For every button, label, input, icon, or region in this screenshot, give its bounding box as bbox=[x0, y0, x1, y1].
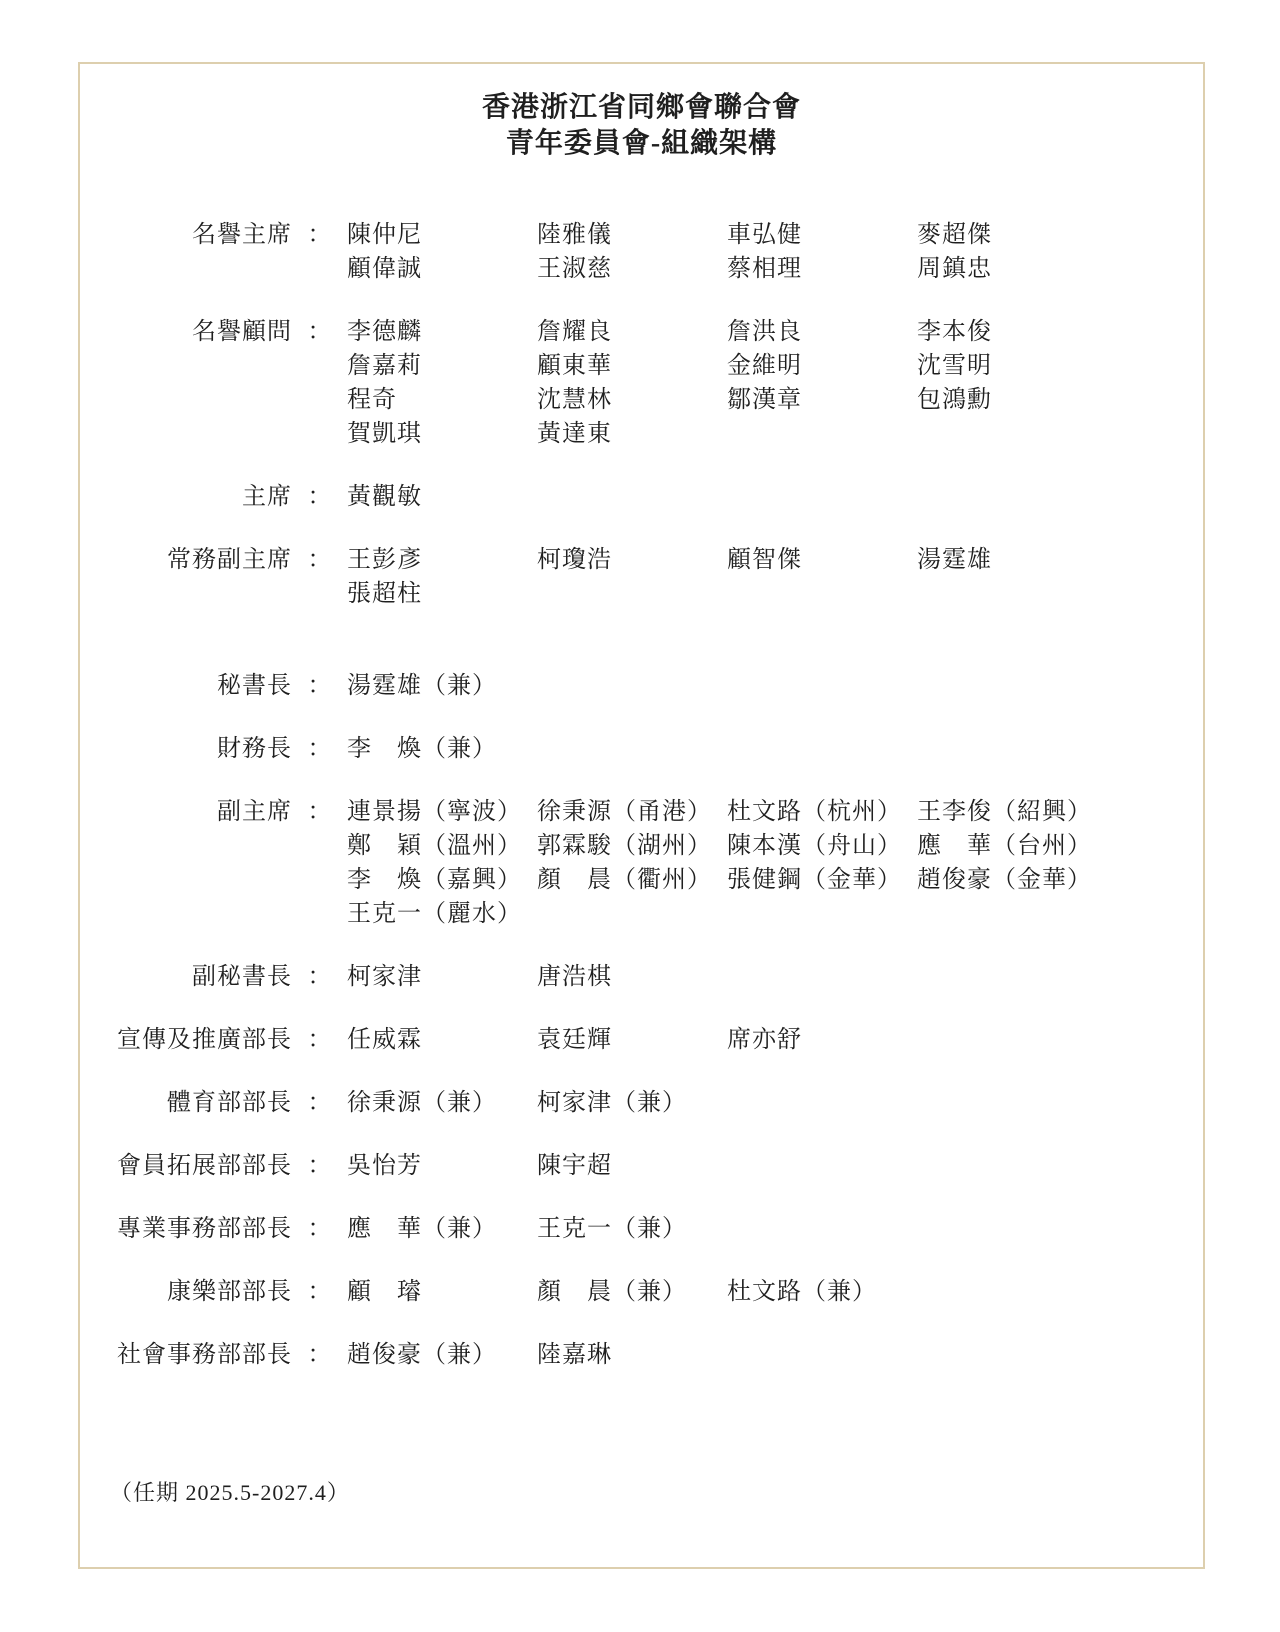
member-name: 王李俊（紹興） bbox=[917, 795, 1107, 829]
org-row: 會員拓展部部長：吳怡芳陳宇超 bbox=[80, 1149, 1203, 1183]
page-border: 香港浙江省同鄉會聯合會 青年委員會-組織架構 名譽主席：陳仲尼陸雅儀車弘健麥超傑… bbox=[78, 62, 1205, 1569]
name-lines: 黃觀敏 bbox=[347, 480, 1203, 514]
member-name: 連景揚（寧波） bbox=[347, 795, 537, 829]
member-name: 黃達東 bbox=[537, 417, 727, 451]
name-lines: 任威霖袁廷輝席亦舒 bbox=[347, 1023, 1203, 1057]
name-line: 王彭彥柯瓊浩顧智傑湯霆雄 bbox=[347, 543, 1203, 577]
name-line: 賀凱琪黃達東 bbox=[347, 417, 1203, 451]
name-line: 顧偉誠王淑慈蔡相理周鎮忠 bbox=[347, 252, 1203, 286]
role-label: 名譽顧問 bbox=[80, 315, 292, 451]
member-name: 包鴻勳 bbox=[917, 383, 1107, 417]
member-name: 王彭彥 bbox=[347, 543, 537, 577]
member-name: 周鎮忠 bbox=[917, 252, 1107, 286]
member-name: 李本俊 bbox=[917, 315, 1107, 349]
name-lines: 顧 璿顏 晨（兼）杜文路（兼） bbox=[347, 1275, 1203, 1309]
member-name: 吳怡芳 bbox=[347, 1149, 537, 1183]
member-name: 黃觀敏 bbox=[347, 480, 537, 514]
member-name: 柯家津（兼） bbox=[537, 1086, 727, 1120]
role-label: 社會事務部部長 bbox=[80, 1338, 292, 1372]
document-content: 香港浙江省同鄉會聯合會 青年委員會-組織架構 名譽主席：陳仲尼陸雅儀車弘健麥超傑… bbox=[80, 64, 1203, 1567]
member-name: 李德麟 bbox=[347, 315, 537, 349]
member-name: 郭霖駿（湖州） bbox=[537, 829, 727, 863]
member-name: 鄒漢章 bbox=[727, 383, 917, 417]
member-name: 車弘健 bbox=[727, 218, 917, 252]
name-line: 程奇沈慧林鄒漢章包鴻勳 bbox=[347, 383, 1203, 417]
member-name: 顧偉誠 bbox=[347, 252, 537, 286]
member-name: 任威霖 bbox=[347, 1023, 537, 1057]
name-lines: 趙俊豪（兼）陸嘉琳 bbox=[347, 1338, 1203, 1372]
member-name: 趙俊豪（金華） bbox=[917, 863, 1107, 897]
org-row: 財務長：李 煥（兼） bbox=[80, 732, 1203, 766]
document-title-line1: 香港浙江省同鄉會聯合會 bbox=[80, 90, 1203, 126]
member-name: 金維明 bbox=[727, 349, 917, 383]
name-line: 詹嘉莉顧東華金維明沈雪明 bbox=[347, 349, 1203, 383]
colon-separator: ： bbox=[292, 218, 347, 286]
member-name: 張超柱 bbox=[347, 577, 537, 611]
org-row: 康樂部部長：顧 璿顏 晨（兼）杜文路（兼） bbox=[80, 1275, 1203, 1309]
name-line: 趙俊豪（兼）陸嘉琳 bbox=[347, 1338, 1203, 1372]
member-name: 鄭 穎（溫州） bbox=[347, 829, 537, 863]
colon-separator: ： bbox=[292, 732, 347, 766]
name-line: 顧 璿顏 晨（兼）杜文路（兼） bbox=[347, 1275, 1203, 1309]
role-label: 副主席 bbox=[80, 795, 292, 931]
member-name: 陸雅儀 bbox=[537, 218, 727, 252]
name-lines: 王彭彥柯瓊浩顧智傑湯霆雄張超柱 bbox=[347, 543, 1203, 611]
colon-separator: ： bbox=[292, 543, 347, 611]
role-label: 秘書長 bbox=[80, 669, 292, 703]
name-line: 黃觀敏 bbox=[347, 480, 1203, 514]
org-row: 體育部部長：徐秉源（兼）柯家津（兼） bbox=[80, 1086, 1203, 1120]
member-name: 顏 晨（兼） bbox=[537, 1275, 727, 1309]
colon-separator: ： bbox=[292, 1275, 347, 1309]
colon-separator: ： bbox=[292, 315, 347, 451]
name-lines: 吳怡芳陳宇超 bbox=[347, 1149, 1203, 1183]
name-line: 柯家津唐浩棋 bbox=[347, 960, 1203, 994]
member-name: 詹洪良 bbox=[727, 315, 917, 349]
member-name: 袁廷輝 bbox=[537, 1023, 727, 1057]
org-row: 名譽主席：陳仲尼陸雅儀車弘健麥超傑顧偉誠王淑慈蔡相理周鎮忠 bbox=[80, 218, 1203, 286]
name-lines: 柯家津唐浩棋 bbox=[347, 960, 1203, 994]
member-name: 徐秉源（甬港） bbox=[537, 795, 727, 829]
member-name: 李 煥（兼） bbox=[347, 732, 537, 766]
term-note: （任期 2025.5-2027.4） bbox=[110, 1476, 350, 1507]
member-name: 沈慧林 bbox=[537, 383, 727, 417]
colon-separator: ： bbox=[292, 960, 347, 994]
member-name: 趙俊豪（兼） bbox=[347, 1338, 537, 1372]
member-name: 顏 晨（衢州） bbox=[537, 863, 727, 897]
member-name: 顧智傑 bbox=[727, 543, 917, 577]
name-lines: 李德麟詹耀良詹洪良李本俊詹嘉莉顧東華金維明沈雪明程奇沈慧林鄒漢章包鴻勳賀凱琪黃達… bbox=[347, 315, 1203, 451]
colon-separator: ： bbox=[292, 480, 347, 514]
name-line: 連景揚（寧波）徐秉源（甬港）杜文路（杭州）王李俊（紹興） bbox=[347, 795, 1203, 829]
member-name: 徐秉源（兼） bbox=[347, 1086, 537, 1120]
name-lines: 陳仲尼陸雅儀車弘健麥超傑顧偉誠王淑慈蔡相理周鎮忠 bbox=[347, 218, 1203, 286]
org-structure-list: 名譽主席：陳仲尼陸雅儀車弘健麥超傑顧偉誠王淑慈蔡相理周鎮忠名譽顧問：李德麟詹耀良… bbox=[80, 218, 1203, 1372]
name-line: 張超柱 bbox=[347, 577, 1203, 611]
name-lines: 徐秉源（兼）柯家津（兼） bbox=[347, 1086, 1203, 1120]
role-label: 會員拓展部部長 bbox=[80, 1149, 292, 1183]
member-name: 李 煥（嘉興） bbox=[347, 863, 537, 897]
member-name: 陳本漢（舟山） bbox=[727, 829, 917, 863]
name-lines: 李 煥（兼） bbox=[347, 732, 1203, 766]
org-row: 社會事務部部長：趙俊豪（兼）陸嘉琳 bbox=[80, 1338, 1203, 1372]
name-line: 應 華（兼）王克一（兼） bbox=[347, 1212, 1203, 1246]
role-label: 名譽主席 bbox=[80, 218, 292, 286]
member-name: 王克一（麗水） bbox=[347, 897, 537, 931]
name-lines: 連景揚（寧波）徐秉源（甬港）杜文路（杭州）王李俊（紹興）鄭 穎（溫州）郭霖駿（湖… bbox=[347, 795, 1203, 931]
member-name: 湯霆雄（兼） bbox=[347, 669, 537, 703]
member-name: 席亦舒 bbox=[727, 1023, 917, 1057]
member-name: 柯瓊浩 bbox=[537, 543, 727, 577]
name-lines: 湯霆雄（兼） bbox=[347, 669, 1203, 703]
name-lines: 應 華（兼）王克一（兼） bbox=[347, 1212, 1203, 1246]
org-row: 秘書長：湯霆雄（兼） bbox=[80, 669, 1203, 703]
member-name: 張健鋼（金華） bbox=[727, 863, 917, 897]
role-label: 康樂部部長 bbox=[80, 1275, 292, 1309]
role-label: 宣傳及推廣部長 bbox=[80, 1023, 292, 1057]
member-name: 顧 璿 bbox=[347, 1275, 537, 1309]
name-line: 湯霆雄（兼） bbox=[347, 669, 1203, 703]
member-name: 唐浩棋 bbox=[537, 960, 727, 994]
member-name: 麥超傑 bbox=[917, 218, 1107, 252]
member-name: 陳宇超 bbox=[537, 1149, 727, 1183]
member-name: 賀凱琪 bbox=[347, 417, 537, 451]
org-row: 名譽顧問：李德麟詹耀良詹洪良李本俊詹嘉莉顧東華金維明沈雪明程奇沈慧林鄒漢章包鴻勳… bbox=[80, 315, 1203, 451]
role-label: 專業事務部部長 bbox=[80, 1212, 292, 1246]
role-label: 財務長 bbox=[80, 732, 292, 766]
colon-separator: ： bbox=[292, 1023, 347, 1057]
member-name: 陳仲尼 bbox=[347, 218, 537, 252]
colon-separator: ： bbox=[292, 795, 347, 931]
document-title: 香港浙江省同鄉會聯合會 青年委員會-組織架構 bbox=[80, 90, 1203, 162]
org-row: 主席：黃觀敏 bbox=[80, 480, 1203, 514]
member-name: 沈雪明 bbox=[917, 349, 1107, 383]
member-name: 陸嘉琳 bbox=[537, 1338, 727, 1372]
member-name: 顧東華 bbox=[537, 349, 727, 383]
member-name: 應 華（兼） bbox=[347, 1212, 537, 1246]
member-name: 湯霆雄 bbox=[917, 543, 1107, 577]
colon-separator: ： bbox=[292, 1212, 347, 1246]
name-line: 李 煥（兼） bbox=[347, 732, 1203, 766]
org-row: 宣傳及推廣部長：任威霖袁廷輝席亦舒 bbox=[80, 1023, 1203, 1057]
org-row: 常務副主席：王彭彥柯瓊浩顧智傑湯霆雄張超柱 bbox=[80, 543, 1203, 611]
role-label: 常務副主席 bbox=[80, 543, 292, 611]
colon-separator: ： bbox=[292, 1338, 347, 1372]
colon-separator: ： bbox=[292, 1149, 347, 1183]
member-name: 王淑慈 bbox=[537, 252, 727, 286]
name-line: 徐秉源（兼）柯家津（兼） bbox=[347, 1086, 1203, 1120]
colon-separator: ： bbox=[292, 669, 347, 703]
member-name: 杜文路（杭州） bbox=[727, 795, 917, 829]
name-line: 任威霖袁廷輝席亦舒 bbox=[347, 1023, 1203, 1057]
member-name: 應 華（台州） bbox=[917, 829, 1107, 863]
member-name: 柯家津 bbox=[347, 960, 537, 994]
name-line: 陳仲尼陸雅儀車弘健麥超傑 bbox=[347, 218, 1203, 252]
role-label: 副秘書長 bbox=[80, 960, 292, 994]
role-label: 體育部部長 bbox=[80, 1086, 292, 1120]
document-page: 香港浙江省同鄉會聯合會 青年委員會-組織架構 名譽主席：陳仲尼陸雅儀車弘健麥超傑… bbox=[0, 0, 1280, 1632]
member-name: 王克一（兼） bbox=[537, 1212, 727, 1246]
document-title-line2: 青年委員會-組織架構 bbox=[80, 126, 1203, 162]
name-line: 王克一（麗水） bbox=[347, 897, 1203, 931]
org-row: 專業事務部部長：應 華（兼）王克一（兼） bbox=[80, 1212, 1203, 1246]
name-line: 李 煥（嘉興）顏 晨（衢州）張健鋼（金華）趙俊豪（金華） bbox=[347, 863, 1203, 897]
member-name: 蔡相理 bbox=[727, 252, 917, 286]
colon-separator: ： bbox=[292, 1086, 347, 1120]
name-line: 吳怡芳陳宇超 bbox=[347, 1149, 1203, 1183]
member-name: 程奇 bbox=[347, 383, 537, 417]
org-row: 副秘書長：柯家津唐浩棋 bbox=[80, 960, 1203, 994]
member-name: 詹嘉莉 bbox=[347, 349, 537, 383]
member-name: 杜文路（兼） bbox=[727, 1275, 917, 1309]
role-label: 主席 bbox=[80, 480, 292, 514]
org-row: 副主席：連景揚（寧波）徐秉源（甬港）杜文路（杭州）王李俊（紹興）鄭 穎（溫州）郭… bbox=[80, 795, 1203, 931]
name-line: 李德麟詹耀良詹洪良李本俊 bbox=[347, 315, 1203, 349]
name-line: 鄭 穎（溫州）郭霖駿（湖州）陳本漢（舟山）應 華（台州） bbox=[347, 829, 1203, 863]
member-name: 詹耀良 bbox=[537, 315, 727, 349]
